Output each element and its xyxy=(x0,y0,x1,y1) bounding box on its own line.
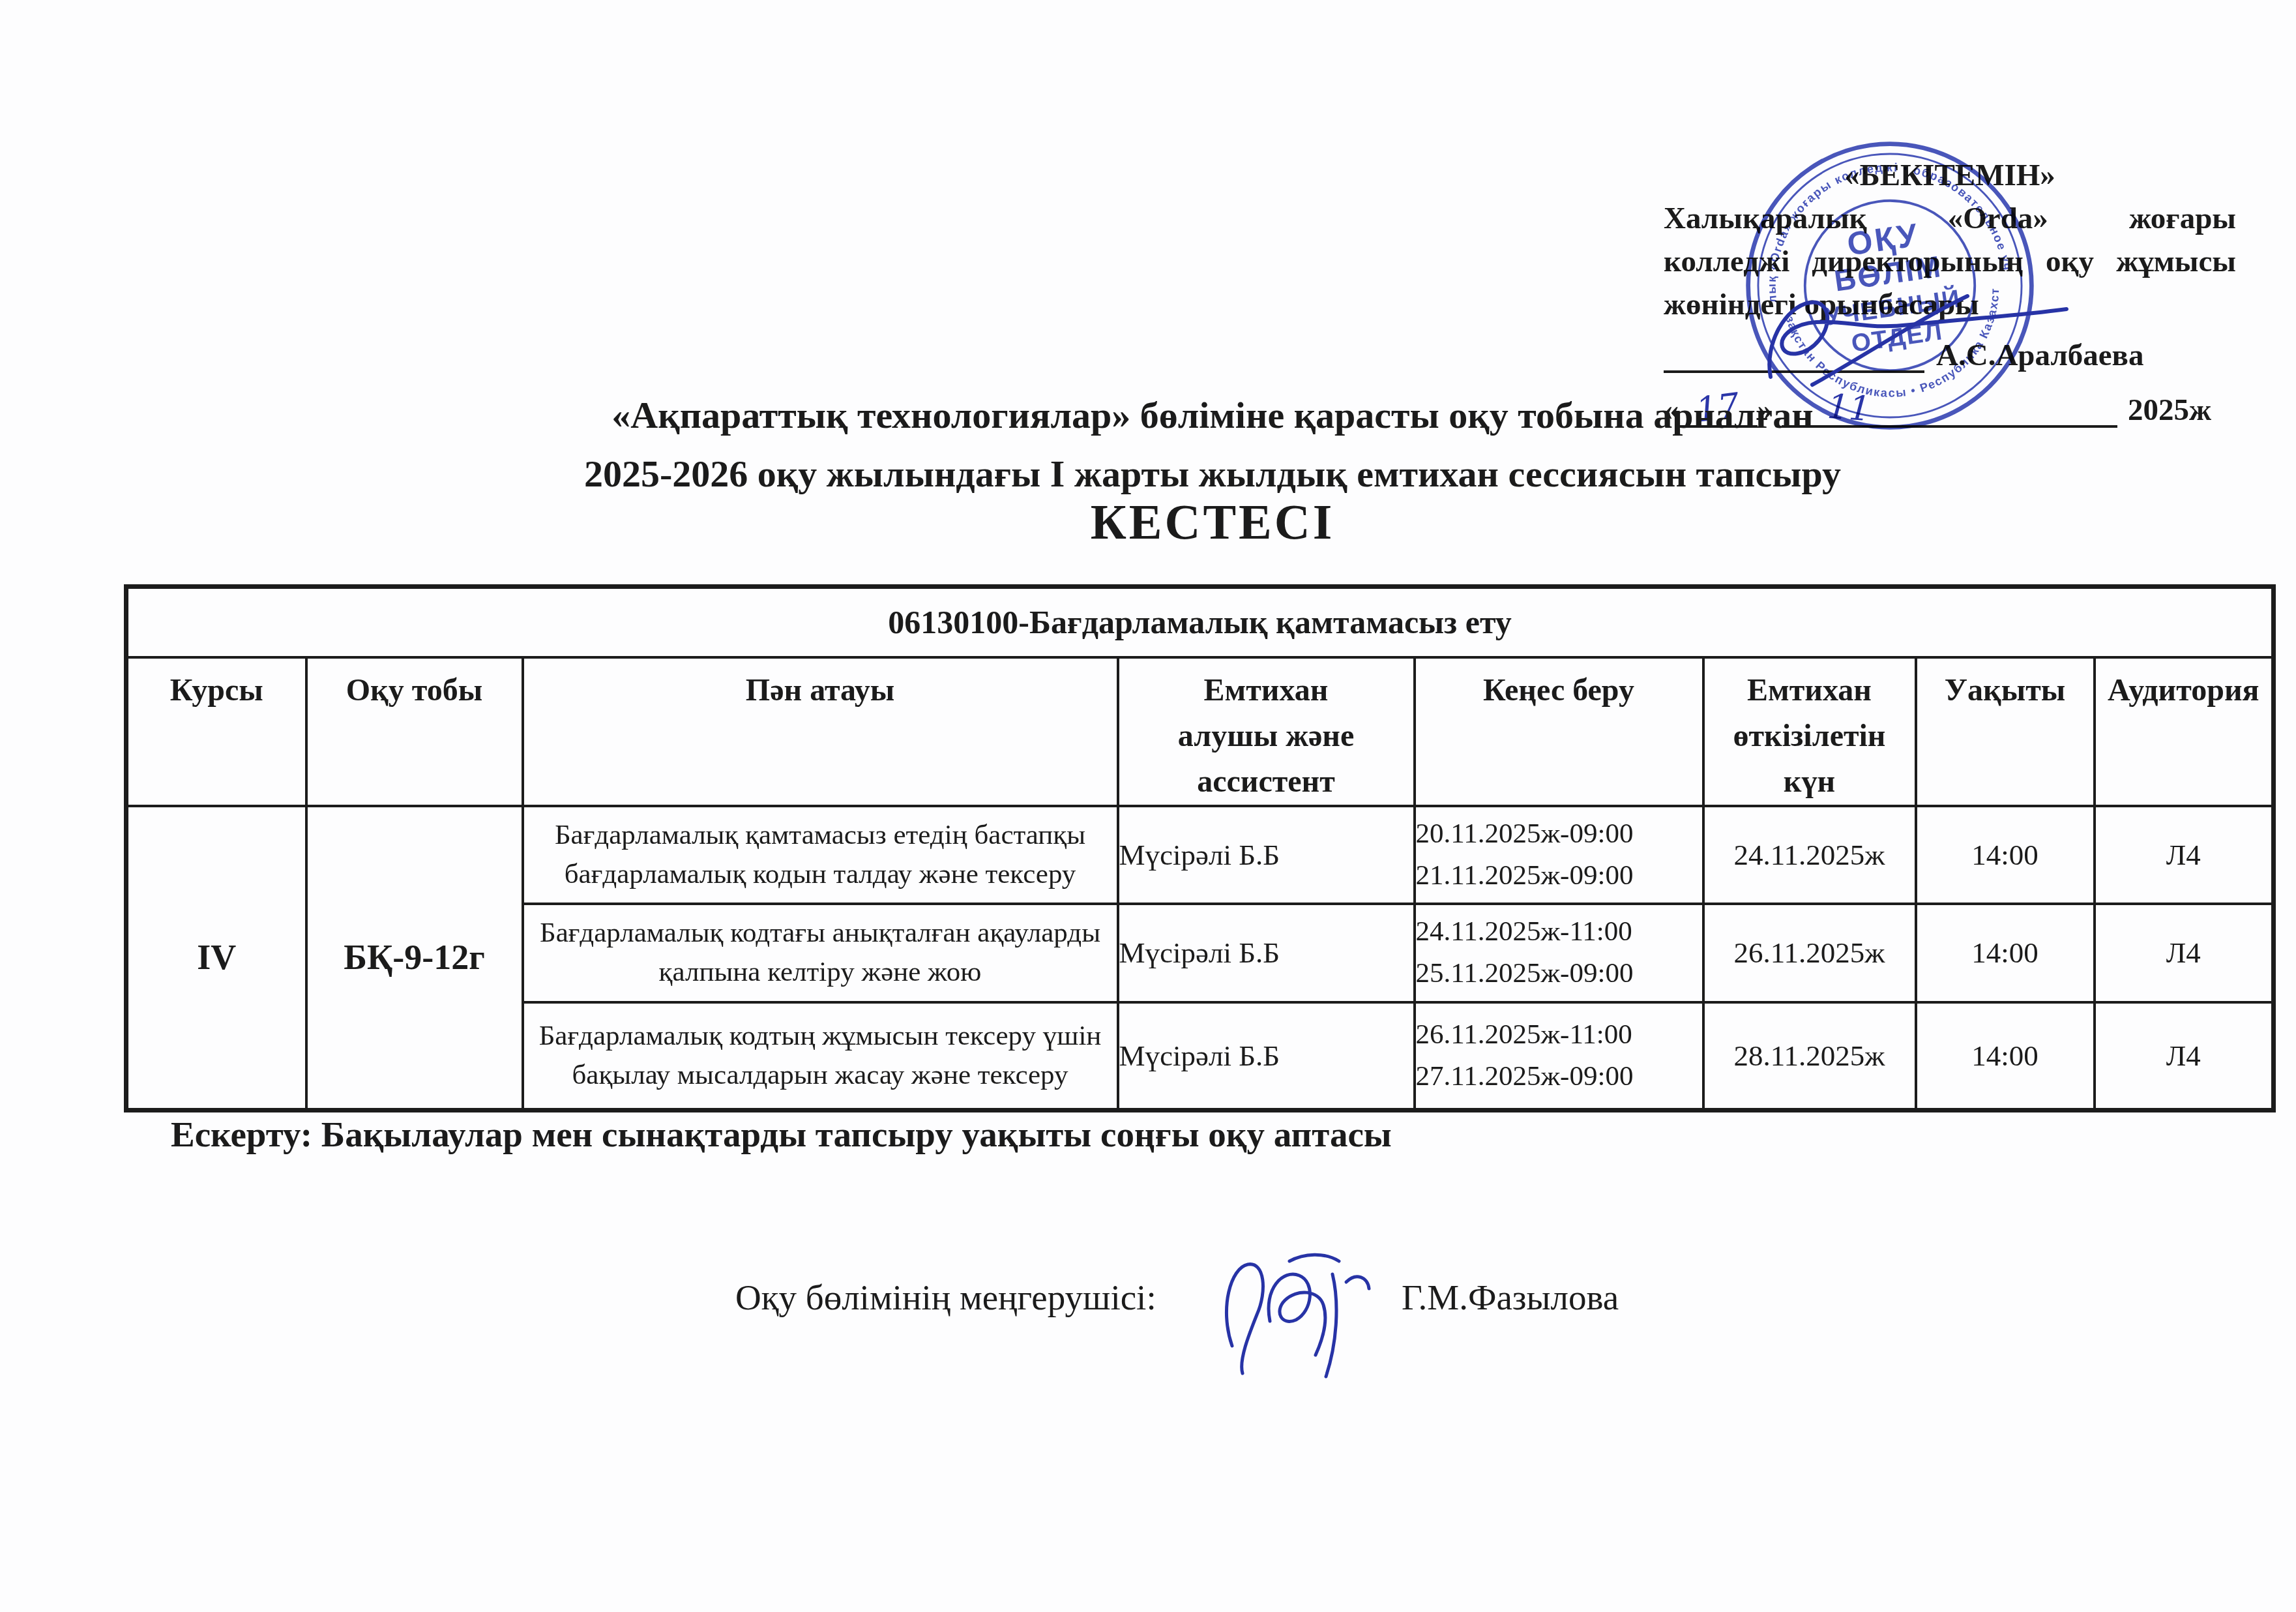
col-header-subject: Пән атауы xyxy=(523,657,1118,806)
specialty-header: 06130100-Бағдарламалық қамтамасыз ету xyxy=(126,587,2274,657)
room-cell: Л4 xyxy=(2095,806,2274,904)
footer-label: Оқу бөлімінің меңгерушісі: xyxy=(735,1277,1156,1318)
document-title: «Ақпараттық технологиялар» бөліміне қара… xyxy=(554,386,1871,503)
consult-line-1: 20.11.2025ж-09:00 xyxy=(1416,813,1702,855)
subject-cell: Бағдарламалық кодтың жұмысын тексеру үші… xyxy=(523,1002,1118,1111)
room-cell: Л4 xyxy=(2095,904,2274,1002)
subject-cell: Бағдарламалық қамтамасыз етедің бастапқы… xyxy=(523,806,1118,904)
col-header-room: Аудитория xyxy=(2095,657,2274,806)
col-header-course: Курсы xyxy=(126,657,306,806)
footer-row: Оқу бөлімінің меңгерушісі: Г.М.Фазылова xyxy=(735,1239,1844,1389)
time-cell: 14:00 xyxy=(1916,806,2095,904)
schedule-table: 06130100-Бағдарламалық қамтамасыз ету Ку… xyxy=(124,584,2276,1112)
consult-line-1: 24.11.2025ж-11:00 xyxy=(1416,911,1702,953)
consult-line-2: 27.11.2025ж-09:00 xyxy=(1416,1056,1702,1097)
time-cell: 14:00 xyxy=(1916,904,2095,1002)
date-year: 2025ж xyxy=(2128,393,2211,427)
consult-cell: 20.11.2025ж-09:00 21.11.2025ж-09:00 xyxy=(1415,806,1703,904)
consult-line-2: 25.11.2025ж-09:00 xyxy=(1416,953,1702,994)
head-name: Г.М.Фазылова xyxy=(1402,1277,1619,1318)
note-text: Ескерту: Бақылаулар мен сынақтарды тапсы… xyxy=(171,1114,1392,1155)
schedule-heading: КЕСТЕСІ xyxy=(554,494,1871,551)
group-cell: БҚ-9-12г xyxy=(306,806,523,1111)
subject-cell: Бағдарламалық кодтағы анықталған ақаулар… xyxy=(523,904,1118,1002)
consult-cell: 24.11.2025ж-11:00 25.11.2025ж-09:00 xyxy=(1415,904,1703,1002)
examiner-cell: Мүсірәлі Б.Б xyxy=(1118,806,1415,904)
head-signature-stroke xyxy=(1213,1243,1376,1380)
scanned-document-page: «БЕКІТЕМІН» Халықаралық «Orda» жоғары ко… xyxy=(0,0,2296,1612)
approver-signature-stroke xyxy=(1752,292,2078,390)
col-header-time: Уақыты xyxy=(1916,657,2095,806)
consult-line-1: 26.11.2025ж-11:00 xyxy=(1416,1014,1702,1056)
col-header-exam-date: Емтихан өткізілетін күн xyxy=(1703,657,1916,806)
col-header-examiner: Емтихан алушы және ассистент xyxy=(1118,657,1415,806)
exam-date-cell: 26.11.2025ж xyxy=(1703,904,1916,1002)
examiner-cell: Мүсірәлі Б.Б xyxy=(1118,1002,1415,1111)
title-line-1: «Ақпараттық технологиялар» бөліміне қара… xyxy=(554,386,1871,445)
consult-line-2: 21.11.2025ж-09:00 xyxy=(1416,855,1702,897)
time-cell: 14:00 xyxy=(1916,1002,2095,1111)
course-cell: IV xyxy=(126,806,306,1111)
exam-date-cell: 24.11.2025ж xyxy=(1703,806,1916,904)
room-cell: Л4 xyxy=(2095,1002,2274,1111)
table-row: IV БҚ-9-12г Бағдарламалық қамтамасыз ете… xyxy=(126,806,2274,904)
col-header-consult: Кеңес беру xyxy=(1415,657,1703,806)
consult-cell: 26.11.2025ж-11:00 27.11.2025ж-09:00 xyxy=(1415,1002,1703,1111)
exam-date-cell: 28.11.2025ж xyxy=(1703,1002,1916,1111)
specialty-header-row: 06130100-Бағдарламалық қамтамасыз ету xyxy=(126,587,2274,657)
examiner-cell: Мүсірәлі Б.Б xyxy=(1118,904,1415,1002)
col-header-group: Оқу тобы xyxy=(306,657,523,806)
column-header-row: Курсы Оқу тобы Пән атауы Емтихан алушы ж… xyxy=(126,657,2274,806)
